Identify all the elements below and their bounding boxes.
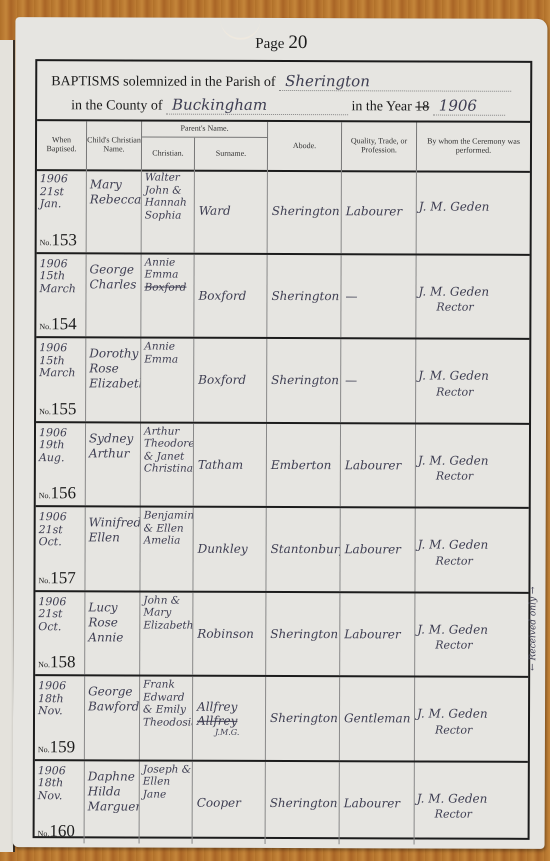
child-name-cell: George Charles bbox=[86, 254, 141, 337]
entry-number: No.156 bbox=[39, 484, 76, 504]
abode-cell: Sherington bbox=[267, 339, 341, 422]
surname-cell: Cooper bbox=[193, 761, 266, 844]
year-value: 1906 bbox=[433, 97, 505, 116]
officiant-title: Rector bbox=[417, 638, 528, 654]
parents-christian-cell: John & Mary Elizabeth bbox=[140, 592, 193, 675]
officiant-signature: J. M. Geden bbox=[417, 791, 488, 805]
parents-christian-cell: Annie Emma bbox=[141, 339, 194, 422]
quality-cell: — bbox=[341, 339, 416, 422]
parish-value: Sherington bbox=[279, 72, 511, 92]
table-row: 1906 18th Nov. No.160 Daphne Hilda Margu… bbox=[35, 761, 528, 845]
quality-cell: Gentleman bbox=[340, 677, 415, 760]
surname-cell: Tatham bbox=[194, 423, 267, 506]
abode-cell: Sherington bbox=[268, 170, 342, 253]
entry-number: No.155 bbox=[39, 399, 76, 419]
child-name-cell: Sydney Arthur bbox=[86, 423, 141, 506]
table-row: 1906 21st Jan. No.153 Mary Rebecca Walte… bbox=[37, 169, 530, 255]
baptism-date: 1906 19th Aug. bbox=[39, 426, 67, 464]
register-page: Page20 BAPTISMS solemnized in the Parish… bbox=[13, 17, 548, 849]
officiant-title: Rector bbox=[418, 553, 529, 569]
register-frame: BAPTISMS solemnized in the Parish of She… bbox=[33, 59, 533, 840]
officiant-cell: J. M. Geden bbox=[417, 170, 530, 253]
header-quality: Quality, Trade, or Profession. bbox=[342, 122, 417, 170]
abode-cell: Stantonbury bbox=[266, 508, 340, 591]
officiant-cell: J. M. Geden Rector bbox=[416, 339, 529, 422]
baptism-date: 1906 18th Nov. bbox=[38, 679, 66, 717]
header-parents: Parent's Name. bbox=[142, 122, 268, 138]
date-cell: 1906 18th Nov. No.160 bbox=[35, 761, 85, 844]
officiant-title: Rector bbox=[418, 384, 529, 400]
abode-cell: Emberton bbox=[267, 423, 341, 506]
child-name-cell: Winifred Ellen bbox=[85, 507, 140, 590]
officiant-cell: J. M. Geden Rector bbox=[416, 424, 529, 507]
entry-number: No.154 bbox=[39, 315, 76, 335]
table-row: 1906 18th Nov. No.159 George Bawford Fra… bbox=[35, 676, 528, 762]
quality-cell: Labourer bbox=[341, 424, 416, 507]
header-when: When Baptised. bbox=[37, 121, 87, 169]
county-value: Buckingham bbox=[166, 96, 348, 116]
officiant-title: Rector bbox=[418, 469, 529, 485]
officiant-cell: J. M. Geden Rector bbox=[415, 593, 528, 676]
surname-cell: Boxford bbox=[194, 339, 267, 422]
entry-number: No.158 bbox=[38, 653, 75, 673]
header-abode: Abode. bbox=[268, 122, 342, 170]
parents-christian-cell: Arthur Theodore & Janet Christina bbox=[141, 423, 194, 506]
officiant-title: Rector bbox=[417, 807, 528, 823]
abode-cell: Sherington bbox=[266, 592, 340, 675]
column-headers: When Baptised. Child's Christian Name. P… bbox=[37, 119, 530, 173]
parents-christian-cell: Joseph & Ellen Jane bbox=[140, 761, 193, 844]
header-surname: Surname. bbox=[195, 138, 268, 170]
child-name-cell: Mary Rebecca bbox=[87, 169, 142, 252]
date-cell: 1906 21st Jan. No.153 bbox=[37, 169, 87, 252]
officiant-signature: J. M. Geden bbox=[418, 368, 489, 382]
entries-list: 1906 21st Jan. No.153 Mary Rebecca Walte… bbox=[35, 169, 530, 845]
officiant-signature: J. M. Geden bbox=[417, 622, 488, 636]
title-line-1: BAPTISMS solemnized in the Parish of She… bbox=[51, 71, 511, 92]
table-row: 1906 21st Oct. No.157 Winifred Ellen Ben… bbox=[35, 507, 528, 593]
abode-cell: Sherington bbox=[266, 677, 340, 760]
surname-cell: AllfreyAllfreyJ.M.G. bbox=[193, 677, 266, 760]
baptism-date: 1906 21st Jan. bbox=[40, 172, 68, 210]
entry-number: No.160 bbox=[38, 822, 75, 842]
surname-cell: Dunkley bbox=[193, 508, 266, 591]
page-number: Page20 bbox=[15, 31, 547, 55]
officiant-cell: J. M. Geden Rector bbox=[415, 762, 528, 845]
surname-cell: Ward bbox=[195, 170, 268, 253]
child-name-cell: Dorothy Rose Elizabeth bbox=[86, 338, 141, 421]
abode-cell: Sherington bbox=[267, 254, 341, 337]
abode-cell: Sherington bbox=[266, 761, 340, 844]
baptism-date: 1906 18th Nov. bbox=[38, 764, 66, 802]
table-row: 1906 21st Oct. No.158 Lucy Rose Annie Jo… bbox=[35, 592, 528, 678]
parents-christian-cell: Frank Edward & Emily Theodosia bbox=[140, 677, 193, 760]
parents-christian-cell: Benjamin & Ellen Amelia bbox=[140, 508, 193, 591]
officiant-cell: J. M. Geden Rector bbox=[415, 677, 528, 760]
table-row: 1906 15th March No.155 Dorothy Rose Eliz… bbox=[36, 338, 529, 424]
baptism-date: 1906 15th March bbox=[39, 257, 75, 295]
baptism-date: 1906 21st Oct. bbox=[38, 595, 66, 633]
date-cell: 1906 18th Nov. No.159 bbox=[35, 676, 85, 759]
officiant-cell: J. M. Geden Rector bbox=[415, 508, 528, 591]
quality-cell: — bbox=[341, 255, 416, 338]
table-row: 1906 19th Aug. No.156 Sydney Arthur Arth… bbox=[36, 423, 529, 509]
parents-christian-cell: Annie Emma Boxford bbox=[141, 254, 194, 337]
date-cell: 1906 19th Aug. No.156 bbox=[36, 423, 86, 506]
margin-annotation: ← Received only → bbox=[528, 579, 550, 679]
date-cell: 1906 21st Oct. No.157 bbox=[35, 507, 85, 590]
date-cell: 1906 21st Oct. No.158 bbox=[35, 592, 85, 675]
date-cell: 1906 15th March No.154 bbox=[36, 254, 86, 337]
officiant-signature: J. M. Geden bbox=[418, 537, 489, 551]
quality-cell: Labourer bbox=[342, 170, 417, 253]
quality-cell: Labourer bbox=[340, 762, 415, 845]
entry-number: No.159 bbox=[38, 737, 75, 757]
header-by-whom: By whom the Ceremony was performed. bbox=[417, 122, 530, 170]
quality-cell: Labourer bbox=[340, 508, 415, 591]
title-line-2: in the County of Buckingham in the Year … bbox=[71, 95, 505, 116]
baptism-date: 1906 15th March bbox=[39, 341, 75, 379]
register-title: BAPTISMS solemnized in the Parish of She… bbox=[37, 61, 530, 121]
surname-cell: Robinson bbox=[193, 592, 266, 675]
table-row: 1906 15th March No.154 George Charles An… bbox=[36, 254, 529, 340]
entry-number: No.157 bbox=[38, 568, 75, 588]
child-name-cell: Daphne Hilda Marguerite bbox=[85, 761, 140, 844]
printed-year-struck: 18 bbox=[415, 99, 429, 114]
date-cell: 1906 15th March No.155 bbox=[36, 338, 86, 421]
officiant-title: Rector bbox=[418, 300, 529, 316]
officiant-title: Rector bbox=[417, 722, 528, 738]
header-child: Child's Christian Name. bbox=[87, 121, 142, 169]
struck-text: Boxford bbox=[144, 281, 186, 293]
entry-number: No.153 bbox=[40, 230, 77, 250]
officiant-signature: J. M. Geden bbox=[419, 199, 490, 213]
officiant-cell: J. M. Geden Rector bbox=[416, 255, 529, 338]
parents-christian-cell: Walter John & Hannah Sophia bbox=[142, 170, 195, 253]
officiant-signature: J. M. Geden bbox=[418, 453, 489, 467]
officiant-signature: J. M. Geden bbox=[418, 284, 489, 298]
child-name-cell: George Bawford bbox=[85, 676, 140, 759]
baptism-date: 1906 21st Oct. bbox=[39, 510, 67, 548]
header-christian: Christian. bbox=[142, 138, 195, 170]
quality-cell: Labourer bbox=[340, 593, 415, 676]
child-name-cell: Lucy Rose Annie bbox=[85, 592, 140, 675]
surname-cell: Boxford bbox=[194, 254, 267, 337]
officiant-signature: J. M. Geden bbox=[417, 706, 488, 720]
